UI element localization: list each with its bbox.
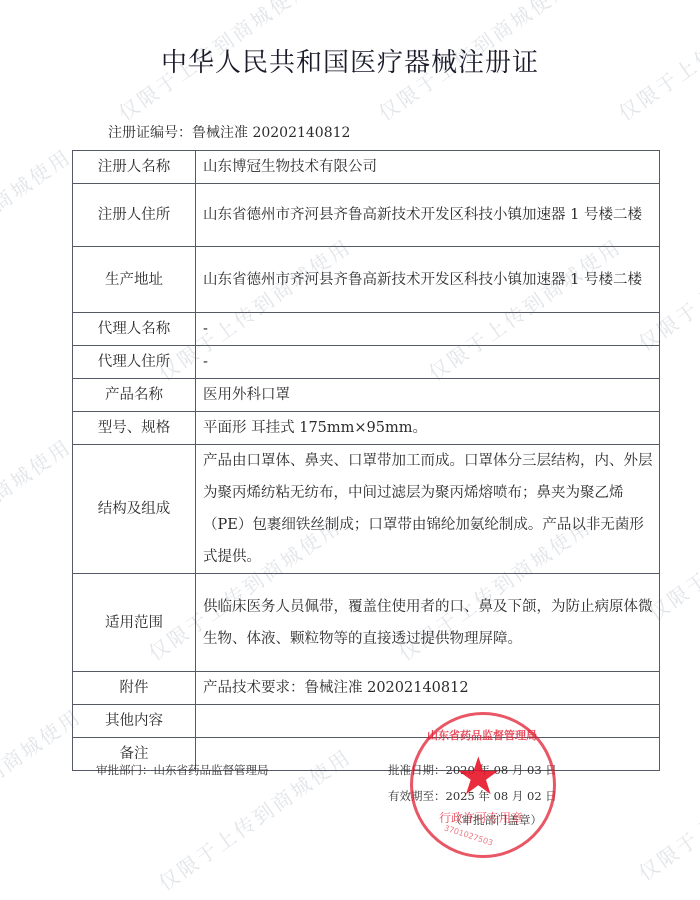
row-label: 产品名称	[73, 379, 196, 412]
row-value: 山东省德州市齐河县齐鲁高新技术开发区科技小镇加速器 1 号楼二楼	[196, 247, 660, 313]
cert-number: 鲁械注准 20202140812	[192, 125, 350, 141]
certificate-table: 注册人名称 山东博冠生物技术有限公司 注册人住所 山东省德州市齐河县齐鲁高新技术…	[72, 150, 660, 771]
table-row: 其他内容	[73, 705, 660, 738]
table-row: 型号、规格 平面形 耳挂式 175mm×95mm。	[73, 412, 660, 445]
row-label: 注册人名称	[73, 151, 196, 184]
row-label: 代理人住所	[73, 346, 196, 379]
table-row: 代理人住所 -	[73, 346, 660, 379]
table-row: 适用范围 供临床医务人员佩带，覆盖住使用者的口、鼻及下颌，为防止病原体微生物、体…	[73, 574, 660, 672]
row-value: -	[196, 346, 660, 379]
row-label: 注册人住所	[73, 184, 196, 247]
table-row: 结构及组成 产品由口罩体、鼻夹、口罩带加工而成。口罩体分三层结构，内、外层为聚丙…	[73, 445, 660, 574]
row-label: 代理人名称	[73, 313, 196, 346]
cert-number-line: 注册证编号：鲁械注准 20202140812	[108, 122, 350, 142]
table-row: 代理人名称 -	[73, 313, 660, 346]
row-value: 平面形 耳挂式 175mm×95mm。	[196, 412, 660, 445]
row-value: 产品技术要求：鲁械注准 20202140812	[196, 672, 660, 705]
row-value: 产品由口罩体、鼻夹、口罩带加工而成。口罩体分三层结构，内、外层为聚丙烯纺粘无纺布…	[196, 445, 660, 574]
table-row: 注册人住所 山东省德州市齐河县齐鲁高新技术开发区科技小镇加速器 1 号楼二楼	[73, 184, 660, 247]
row-value: 山东博冠生物技术有限公司	[196, 151, 660, 184]
approval-department: 审批部门：山东省药品监督管理局	[96, 762, 269, 778]
table-row: 产品名称 医用外科口罩	[73, 379, 660, 412]
row-value: 供临床医务人员佩带，覆盖住使用者的口、鼻及下颌，为防止病原体微生物、体液、颗粒物…	[196, 574, 660, 672]
approval-date: 批准日期：2020 年 08 月 03 日	[388, 762, 557, 778]
table-row: 生产地址 山东省德州市齐河县齐鲁高新技术开发区科技小镇加速器 1 号楼二楼	[73, 247, 660, 313]
row-label: 结构及组成	[73, 445, 196, 574]
watermark: 仅限于上传到商城使用	[0, 431, 77, 587]
row-value: 医用外科口罩	[196, 379, 660, 412]
seal-note: （审批部门盖章）	[450, 812, 542, 828]
row-value: -	[196, 313, 660, 346]
row-value: 山东省德州市齐河县齐鲁高新技术开发区科技小镇加速器 1 号楼二楼	[196, 184, 660, 247]
table-row: 注册人名称 山东博冠生物技术有限公司	[73, 151, 660, 184]
cert-number-label: 注册证编号：	[108, 125, 192, 141]
row-label: 其他内容	[73, 705, 196, 738]
row-label: 型号、规格	[73, 412, 196, 445]
row-label: 生产地址	[73, 247, 196, 313]
row-label: 适用范围	[73, 574, 196, 672]
watermark: 仅限于上传到商城使用	[0, 141, 77, 297]
row-label: 附件	[73, 672, 196, 705]
table-row: 附件 产品技术要求：鲁械注准 20202140812	[73, 672, 660, 705]
valid-until: 有效期至：2025 年 08 月 02 日	[388, 788, 557, 804]
row-value	[196, 705, 660, 738]
document-title: 中华人民共和国医疗器械注册证	[0, 42, 700, 79]
